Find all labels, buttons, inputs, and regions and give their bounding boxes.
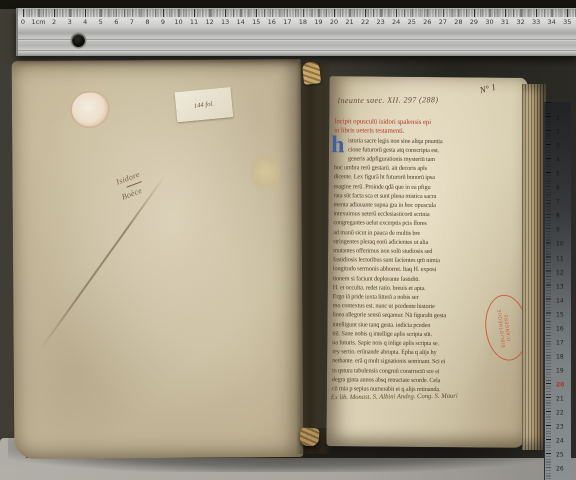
ruler-number: 18 bbox=[299, 18, 307, 26]
ruler-number: 14 bbox=[237, 18, 245, 26]
ruler-number: 7 bbox=[130, 18, 134, 26]
ruler-number: 22 bbox=[361, 18, 369, 26]
folio-count-text: 144 fol. bbox=[194, 100, 215, 110]
ruler-shadow-overlay bbox=[545, 102, 571, 480]
ruler-number: 3 bbox=[68, 18, 72, 26]
ruler-number: 17 bbox=[283, 18, 291, 26]
ruler-number: 9 bbox=[161, 18, 165, 26]
ruler-number: 13 bbox=[221, 18, 229, 26]
ruler-number: 35 bbox=[563, 18, 571, 26]
ruler-number: 6 bbox=[114, 18, 118, 26]
library-stamp-text: BIBLIOTHÈQUED'ANGERS bbox=[498, 308, 514, 348]
vertical-cm-ruler: 1234567891011121314151617181920212223242… bbox=[544, 102, 571, 480]
endband-top bbox=[302, 61, 321, 85]
ruler-number: 4 bbox=[83, 18, 87, 26]
ruler-number: 31 bbox=[501, 18, 509, 26]
ruler-number: 19 bbox=[314, 18, 322, 26]
ruler-number: 16 bbox=[268, 18, 276, 26]
wax-spot bbox=[72, 92, 108, 126]
ex-libris-note: Ex lib. Monast. S. Albini Andeg. Cong. S… bbox=[331, 392, 523, 401]
horizontal-cm-ruler: 01cm234567891011121314151617181920212223… bbox=[16, 8, 576, 56]
ruler-number: 28 bbox=[454, 18, 462, 26]
ruler-number: 24 bbox=[392, 18, 400, 26]
gutter-stain bbox=[250, 151, 280, 193]
ruler-number: 21 bbox=[345, 18, 353, 26]
ruler-number: 32 bbox=[516, 18, 524, 26]
rubric: Incipit opusculū isidori spalensis epi i… bbox=[334, 117, 518, 137]
ruler-number: 1cm bbox=[32, 18, 46, 26]
ruler-number: 10 bbox=[174, 18, 182, 26]
folio-number-note: N° 1 bbox=[479, 82, 497, 96]
ruler-number: 5 bbox=[99, 18, 103, 26]
owner-notes: IsidoreBoèce bbox=[115, 169, 147, 203]
fore-edge bbox=[522, 84, 546, 450]
ruler-groove bbox=[18, 50, 576, 52]
ruler-number: 26 bbox=[423, 18, 431, 26]
ruler-number: 25 bbox=[408, 18, 416, 26]
ruler-number: 27 bbox=[439, 18, 447, 26]
ruler-number: 11 bbox=[190, 18, 198, 26]
ruler-tick-marks bbox=[23, 9, 576, 17]
right-manuscript-page: Ineunte saec. XII. 297 (288) N° 1 Incipi… bbox=[326, 76, 527, 448]
owner-note: Boèce bbox=[120, 184, 147, 203]
ruler-number: 0 bbox=[21, 18, 25, 26]
ruler-number: 29 bbox=[470, 18, 478, 26]
ruler-number: 33 bbox=[532, 18, 540, 26]
shelfmark-note: Ineunte saec. XII. 297 (288) bbox=[337, 95, 438, 105]
ruler-number: 34 bbox=[548, 18, 556, 26]
page-leaves-edge bbox=[522, 84, 546, 450]
ruler-number: 15 bbox=[252, 18, 260, 26]
ruler-number: 23 bbox=[377, 18, 385, 26]
endband-bottom bbox=[299, 427, 319, 446]
ruler-number: 8 bbox=[145, 18, 149, 26]
manuscript-photo: 144 fol. IsidoreBoèce Ineunte saec. XII.… bbox=[0, 0, 576, 480]
page-crease bbox=[39, 176, 165, 351]
manuscript-body: istoria sacre legis non sine aliqa pnunt… bbox=[332, 136, 520, 395]
ruler-number: 20 bbox=[330, 18, 338, 26]
ruler-number: 2 bbox=[52, 18, 56, 26]
ruler-hole bbox=[72, 34, 85, 47]
ruler-groove bbox=[18, 39, 576, 41]
folio-count-label: 144 fol. bbox=[175, 87, 234, 122]
ruler-number: 12 bbox=[205, 18, 213, 26]
ruler-number: 30 bbox=[485, 18, 493, 26]
left-parchment-page: 144 fol. IsidoreBoèce bbox=[12, 59, 304, 459]
